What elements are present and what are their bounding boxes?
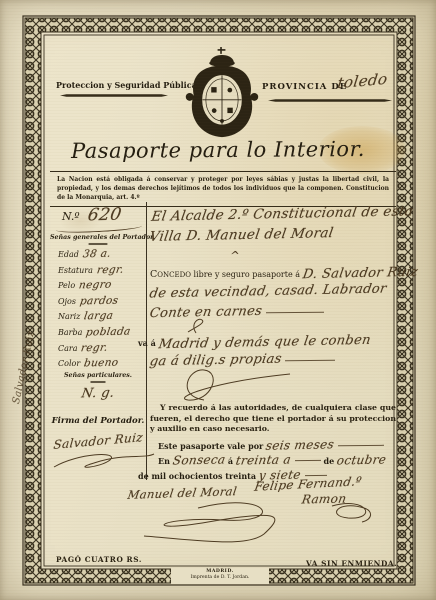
senas-particulares-underline [90, 381, 106, 383]
concedo-word: Concedo [150, 269, 191, 280]
field-value: larga [83, 309, 114, 324]
coat-of-arms [180, 46, 264, 140]
imprint-printer: Imprenta de D. T. Jordan. [171, 575, 269, 581]
month-value: octubre [336, 452, 387, 467]
field-label: Color [58, 359, 80, 368]
va-label: va á [138, 338, 159, 348]
firma-portador-title: Firma del Portador. [50, 416, 146, 426]
field-value: pardos [79, 293, 120, 308]
field-label: Ojos [58, 297, 76, 306]
signatures-rubric [136, 496, 386, 544]
field-row-ojos: Ojospardos [58, 294, 131, 310]
constitution-note: La Nacion está obligada á conservar y pr… [50, 171, 396, 207]
passport-number: N.º 620 [62, 205, 121, 225]
field-value: bueno [83, 356, 120, 371]
authorities-reminder: Y recuerdo á las autoridades, de cualqui… [150, 403, 396, 435]
concedo-rest: libre y seguro pasaporte á [191, 270, 303, 279]
senas-particulares-title: Señas particulares. [50, 372, 146, 379]
passport-number-label: N.º [62, 210, 80, 223]
field-label: Cara [58, 344, 77, 353]
senas-generales-underline [88, 243, 108, 245]
field-label: Barba [58, 328, 82, 337]
field-row-pelo: Pelonegro [58, 278, 131, 294]
year-label: de mil ochocientos treinta [138, 471, 259, 481]
ink-rule [338, 445, 384, 446]
grantee-line-3: Conte en carnes [150, 301, 324, 320]
field-label: Pelo [58, 281, 75, 290]
field-row-edad: Edad38 a. [58, 247, 131, 263]
document-title: Pasaporte para lo Interior. [0, 136, 436, 163]
destination-rubric [168, 362, 298, 404]
ink-rule [285, 360, 335, 361]
ink-rule [295, 460, 321, 461]
agency-underline-ornament [60, 94, 168, 97]
field-row-color: Colorbueno [58, 356, 131, 372]
province-underline-ornament [268, 99, 392, 102]
grantee-name: D. Salvador Ruiz [301, 265, 418, 282]
field-value: regr. [80, 340, 109, 355]
no-amendment-note: VA SIN ENMIENDA. [306, 559, 397, 568]
insertion-caret-mark: ^ [229, 249, 241, 262]
passport-number-value: 620 [86, 205, 123, 226]
agency-name: Proteccion y Seguridad Pública. [56, 80, 200, 90]
field-label: Edad [58, 250, 79, 259]
field-value: negro [78, 278, 113, 293]
printer-imprint: MADRID. Imprenta de D. T. Jordan. [171, 568, 269, 584]
concedo-line: Concedo libre y seguro pasaporte á D. Sa… [150, 266, 417, 281]
field-label: Estatura [58, 266, 93, 275]
field-value: poblada [85, 325, 132, 341]
field-label: Nariz [58, 312, 80, 321]
field-row-barba: Barbapoblada [58, 325, 131, 341]
field-row-estatura: Estaturaregr. [58, 263, 131, 279]
senas-generales-title: Señas generales del Portador. [50, 234, 146, 241]
paid-amount-note: PAGÓ CUATRO RS. [56, 555, 142, 564]
field-row-cara: Cararegr. [58, 341, 131, 357]
passport-document: Salvador Ruiz Proteccion y Seguridad Púb… [0, 0, 436, 600]
senas-fields: Edad38 a. Estaturaregr. Pelonegro Ojospa… [58, 247, 131, 372]
field-value: regr. [96, 262, 125, 277]
field-row-nariz: Narizlarga [58, 309, 131, 325]
senas-particulares-value: N. g. [49, 385, 148, 402]
destination-line-1: va á Madrid y demás que le conben [138, 331, 370, 350]
province-label: PROVINCIA DE [262, 82, 347, 92]
field-value: 38 a. [82, 247, 112, 262]
ink-rule [266, 312, 324, 314]
